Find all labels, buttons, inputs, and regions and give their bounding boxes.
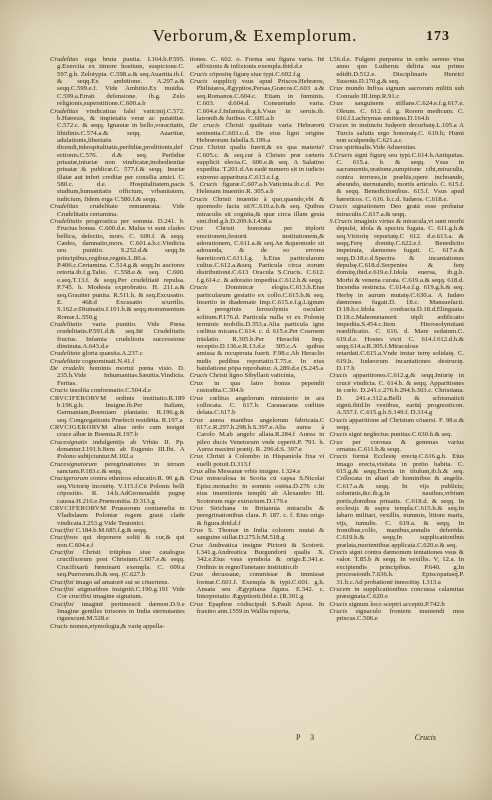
- index-entry: tiones. C. 602. o. Forma seu figura vari…: [190, 56, 325, 71]
- index-entry: Crux alba Messanæ vrbis insigne. I.324.e: [190, 468, 325, 475]
- index-entry: Crucem in supplicationibus concussa cala…: [329, 586, 464, 601]
- index-entry: Crux Christi qualis fuerit,& ex qua mate…: [190, 144, 325, 181]
- index-entry: Crucigerorum contra ethnicos educatio.R.…: [50, 475, 185, 504]
- entry-term: CRVCIGERORVM: [50, 424, 114, 431]
- entry-term: Crucifixi: [50, 549, 82, 556]
- index-entry: Crux Christi honorata per tēplorū erecti…: [190, 225, 325, 284]
- entry-term: Crudelitas: [50, 56, 85, 63]
- index-entry: Crudelitas erga bruta punita. I.164.b.P.…: [50, 56, 185, 108]
- entry-term: Crucis: [50, 623, 70, 630]
- index-entry: Crucis apparitione ad Christum cōuersi. …: [329, 417, 464, 432]
- entry-term: Crucis: [329, 608, 355, 615]
- index-entry: Crudelitatis varia punitio. Vide Pœna cr…: [50, 321, 185, 350]
- index-entry: Crucis signi neglectus punitus.C.630.b.&…: [329, 431, 464, 438]
- index-entry: Crucis supplicij vsus apud Priscos.Hebræ…: [190, 78, 325, 122]
- signature-mark: P 3: [296, 733, 318, 742]
- entry-term: Crucis: [329, 549, 349, 556]
- entry-term: Crudelitas: [50, 203, 90, 210]
- index-entry: Crucesignatorum peregrinationes in terra…: [50, 461, 185, 476]
- entry-term: Crux: [190, 571, 212, 578]
- entry-term: Crucifixi: [50, 601, 82, 608]
- entry-term: Crucis: [329, 601, 349, 608]
- index-entry: Crucifixi imago ad amatorē sui se cōuert…: [50, 579, 185, 586]
- index-entry: Crucifixi Christi triūphus siue catalogu…: [50, 549, 185, 578]
- entry-term: Crudelitas: [50, 108, 86, 115]
- entry-term: Crux: [190, 505, 211, 512]
- entry-term: Crux: [190, 380, 214, 387]
- paper-stain: [6, 60, 36, 280]
- index-entry: De crudelis hominis mortui pœna visio. D…: [50, 365, 185, 387]
- catchword: Crucis: [415, 733, 436, 742]
- entry-term: Crucis: [190, 284, 226, 291]
- index-entry: Crux per coronas & gemmas varius ornatus…: [329, 439, 464, 454]
- entry-term: Crudelitate: [50, 358, 82, 365]
- index-entry: Crucis Dominicæ elogia.C.613.h.Eius part…: [190, 284, 325, 372]
- index-entry: Crucesignatis indulgentijs ab Vrbāo II. …: [50, 439, 185, 461]
- index-entry: Crucis signum loco sceptri acceptū.P.742…: [329, 601, 464, 608]
- index-entry: S. Crucis figuræ.C.607.a.b.Vaticinia.ib.…: [190, 181, 325, 196]
- page-footer: P 3 Crucis: [50, 733, 464, 747]
- index-entry: Crux decussatæ, commissæ & immissæ formæ…: [190, 571, 325, 600]
- entry-term: Crudelitatis: [50, 321, 92, 328]
- index-entry: Crux cœlitus angelorum ministerio in ara…: [190, 395, 325, 417]
- entry-term: Crux: [329, 85, 345, 92]
- entry-term: Crux: [190, 395, 210, 402]
- index-entry: Crudelitate cognominati.N.41.f: [50, 358, 185, 365]
- entry-term: Crucis: [190, 372, 210, 379]
- entry-term: CRVCIFERORVM: [50, 395, 116, 402]
- entry-term: CRVCIFERORVM: [50, 505, 112, 512]
- entry-term: Crux: [190, 542, 209, 549]
- index-entry: Crucis cōpositę figurę siue typi.C.602.f…: [190, 71, 325, 78]
- entry-term: S.Crucis: [329, 152, 354, 159]
- running-head: Verborum,& Exemplorum. 173: [0, 26, 492, 50]
- index-entry: Crudelitate gloria quæsita.A.237.c: [50, 350, 185, 357]
- index-column-right: I.56.d.e. Fulgent purpurea in cœlo seren…: [329, 56, 464, 756]
- book-page: Verborum,& Exemplorum. 173 Crudelitas er…: [0, 0, 492, 800]
- entry-term: Crudelitate: [50, 350, 82, 357]
- entry-term: De crudelis: [50, 365, 89, 372]
- entry-term: Crucis: [190, 196, 213, 203]
- entry-term: Crucis: [190, 71, 210, 78]
- entry-term: Crucis: [329, 203, 352, 210]
- index-columns: Crudelitas erga bruta punita. I.164.b.P.…: [50, 56, 464, 756]
- index-entry: Crux spiritualis.Vide Aduersitas.: [329, 144, 464, 151]
- entry-term: Crucifixi: [50, 586, 77, 593]
- entry-term: Crucesignatis: [50, 439, 93, 446]
- entry-term: Cruces: [329, 122, 351, 129]
- entry-term: Crucifixos: [50, 534, 83, 541]
- entry-term: Crucis: [329, 453, 352, 460]
- index-entry: CRVCIGERORVM alius ordo cum insigni cruc…: [50, 424, 185, 439]
- entry-term: Crux: [190, 475, 207, 482]
- index-entry: Crux in qua latro bonus pependit custodi…: [190, 380, 325, 395]
- entry-term: Crux: [190, 225, 216, 232]
- entry-term: Crux: [190, 527, 208, 534]
- entry-term: Crux: [190, 144, 208, 151]
- index-entry: Crudelitas crudelitate remunerata. Vide …: [50, 203, 185, 218]
- page-number: 173: [426, 29, 450, 45]
- index-entry: Crux Andreatica insigne Pictorū & Scotor…: [190, 542, 325, 571]
- index-column-middle: tiones. C. 602. o. Forma seu figura vari…: [190, 56, 325, 756]
- entry-term: Crucis: [329, 431, 349, 438]
- index-entry: Crux S. Thomæ in India colorem mutat & s…: [190, 527, 325, 542]
- index-entry: Crucis Christi inuentio à quo,quando,vbi…: [190, 196, 325, 225]
- entry-term: Crux: [190, 601, 209, 608]
- entry-term: Crucesignatorum: [50, 461, 105, 468]
- index-entry: Crux sanguinem stillans.C.624.e.f.g.617.…: [329, 100, 464, 122]
- index-entry: Crux miraculosa in Scotia cū capsa S.Nic…: [190, 475, 325, 504]
- index-entry: Crux Epaphræ cōdiscipuli S.Pauli Apost. …: [190, 601, 325, 616]
- entry-term: Crucigerorum: [50, 475, 90, 482]
- entry-term: Crudelitatis: [50, 218, 86, 225]
- index-entry: Crucis formā Ecclesię erectę.C.616.g.h. …: [329, 453, 464, 549]
- entry-term: Crucis: [329, 372, 353, 379]
- entry-term: Crucifixi: [50, 579, 75, 586]
- entry-term: De crucis: [190, 122, 226, 129]
- index-entry: CRVCIFERORVM ordinis institutio.R.189 b.…: [50, 395, 185, 424]
- index-entry: Crucifixos qui deponere soliti & cur,& q…: [50, 534, 185, 549]
- entry-term: Crucem: [329, 586, 354, 593]
- index-entry: CRVCIFERORVM Prussorum contumelia in Vla…: [50, 505, 185, 527]
- entry-term: Crucifixi: [50, 527, 75, 534]
- index-entry: Crudelitatis prognostica per somnia. D.2…: [50, 218, 185, 321]
- index-entry: Crucis Christi ligno Sibyllarū vaticinia…: [190, 372, 325, 379]
- index-entry: Crudelitas vindicatiua falsi vaticinij.C…: [50, 108, 185, 204]
- index-column-left: Crudelitas erga bruta punita. I.164.b.P.…: [50, 56, 185, 756]
- index-entry: Crucis insolita conformatio.C.504.d.e: [50, 387, 185, 394]
- page-title: Verborum,& Exemplorum.: [110, 26, 400, 46]
- entry-term: Crux: [190, 453, 207, 460]
- entry-term: S.Crucis: [329, 218, 354, 225]
- index-entry: Crucis nomen,etymologia,& varię appella-: [50, 623, 185, 630]
- index-entry: Crux Sirichana in Britannia miraculis & …: [190, 505, 325, 527]
- index-entry: Crux Christi à Colombo in Hispaniola fix…: [190, 453, 325, 468]
- entry-term: Crux: [329, 100, 354, 107]
- index-entry: I.56.d.e. Fulgent purpurea in cœlo seren…: [329, 56, 464, 85]
- entry-term: Crucis: [329, 417, 349, 424]
- index-entry: Crucis apparitiones.C.612.g.& seqq.Iniur…: [329, 372, 464, 416]
- index-entry: S.Crucis signi figurę seu typi.C.614.h.A…: [329, 152, 464, 204]
- index-entry: S.Crucis imaginis virtus & miracula,vt s…: [329, 218, 464, 373]
- index-entry: De crucis Christi qualitate varia Hebræo…: [190, 122, 325, 144]
- entry-term: S. Crucis: [190, 181, 222, 188]
- index-entry: Crucis signi contra dæmonum tentationes …: [329, 549, 464, 586]
- entry-term: Crux: [190, 468, 205, 475]
- index-entry: Crux mundo Infixa signum sacrorum militū…: [329, 85, 464, 100]
- entry-term: Crucis: [50, 387, 70, 394]
- index-entry: Crucifixi stigmatibus insigniti.C.190.g.…: [50, 586, 185, 601]
- index-entry: Crucifixi imaginē pertimescit dæmon.D.9.…: [50, 601, 185, 623]
- entry-term: Crux: [329, 439, 352, 446]
- index-entry: Crucifixi C.184.b.M.685.f.g.& seqq.: [50, 527, 185, 534]
- index-entry: Crucis signaculo frontem muniendi mos pr…: [329, 608, 464, 623]
- index-entry: Crux aurea manibus angelorum fabricata.C…: [190, 417, 325, 454]
- index-entry: Cruces in instinctu Iudęorū decurbatę.L.…: [329, 122, 464, 144]
- index-entry: Crucis signationem Deo gratā esse probat…: [329, 203, 464, 218]
- entry-term: Crux: [190, 417, 210, 424]
- entry-term: Crux: [329, 144, 344, 151]
- entry-term: Crucis: [190, 78, 213, 85]
